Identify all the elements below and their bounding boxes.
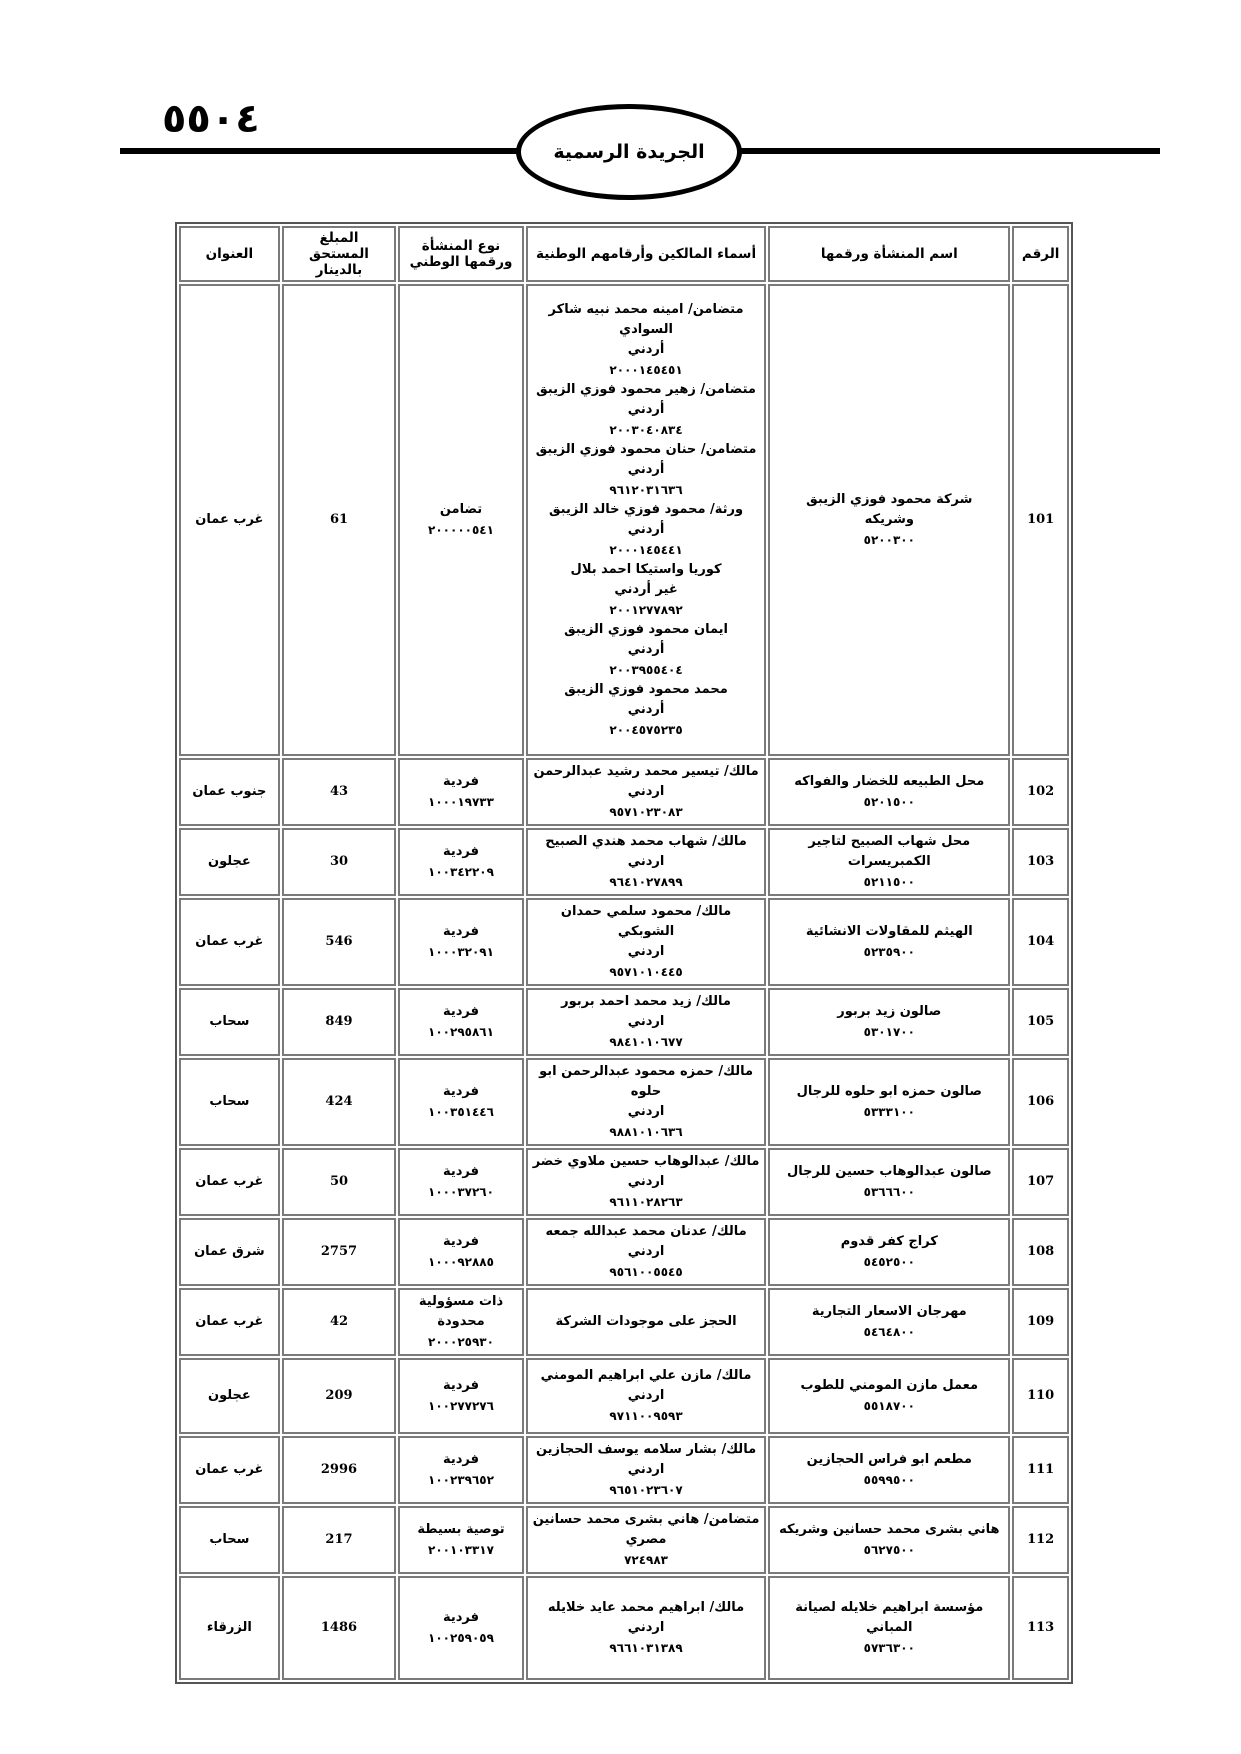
type-cell-line: فردية: [404, 1376, 518, 1396]
establishment-cell-line: ٥٤٦٤٨٠٠: [774, 1322, 1004, 1342]
type-cell-line: فردية: [404, 842, 518, 862]
column-header-type-line2: ورقمها الوطني: [404, 254, 518, 270]
type-cell-line: فردية: [404, 1082, 518, 1102]
table-row: 101شركة محمود فوزي الزيبقوشريكه٥٢٠٠٣٠٠مت…: [179, 284, 1069, 756]
owners-cell: مالك/ مازن علي ابراهيم المومنياردني٩٧١١٠…: [526, 1358, 767, 1434]
establishment-cell: مؤسسة ابراهيم خلايله لصيانةالمباني٥٧٣٦٣٠…: [768, 1576, 1010, 1680]
owners-cell-line: ٩٦١١٠٢٨٢٦٣: [532, 1192, 761, 1212]
owners-cell-line: مالك/ مازن علي ابراهيم المومني: [532, 1366, 761, 1386]
establishment-cell: مهرجان الاسعار التجارية٥٤٦٤٨٠٠: [768, 1288, 1010, 1356]
establishment-cell: مطعم ابو فراس الحجازين٥٥٩٩٥٠٠: [768, 1436, 1010, 1504]
amount-cell: 43: [282, 758, 396, 826]
establishment-cell-line: ٥٥١٨٧٠٠: [774, 1396, 1004, 1416]
column-header-number: الرقم: [1012, 226, 1069, 282]
owners-cell: مالك/ تيسير محمد رشيد عبدالرحمناردني٩٥٧١…: [526, 758, 767, 826]
establishment-cell-line: هاني بشرى محمد حسانين وشريكه: [774, 1520, 1004, 1540]
owners-cell: مالك/ بشار سلامه يوسف الحجازيناردني٩٦٥١٠…: [526, 1436, 767, 1504]
owners-cell-line: ٩٥٧١٠٢٣٠٨٣: [532, 802, 761, 822]
establishments-table: الرقم اسم المنشأة ورقمها أسماء المالكين …: [175, 222, 1073, 1684]
row-number: 107: [1012, 1148, 1069, 1216]
type-cell: ذات مسؤوليةمحدودة٢٠٠٠٢٥٩٣٠: [398, 1288, 524, 1356]
establishment-cell: هاني بشرى محمد حسانين وشريكه٥٦٢٧٥٠٠: [768, 1506, 1010, 1574]
establishment-cell-line: ٥٥٩٩٥٠٠: [774, 1470, 1004, 1490]
amount-cell: 2996: [282, 1436, 396, 1504]
owners-cell: مالك/ زيد محمد احمد بربوراردني٩٨٤١٠١٠٦٧٧: [526, 988, 767, 1056]
amount-cell: 849: [282, 988, 396, 1056]
address-cell: غرب عمان: [179, 1436, 280, 1504]
table-header-row: الرقم اسم المنشأة ورقمها أسماء المالكين …: [179, 226, 1069, 282]
amount-cell: 217: [282, 1506, 396, 1574]
establishment-cell: كراج كفر قدوم٥٤٥٢٥٠٠: [768, 1218, 1010, 1286]
type-cell: فردية١٠٠٠٩٢٨٨٥: [398, 1218, 524, 1286]
type-cell-line: محدودة: [404, 1312, 518, 1332]
amount-cell: 1486: [282, 1576, 396, 1680]
amount-cell: 42: [282, 1288, 396, 1356]
table-row: 103محل شهاب الصبيح لتاجيرالكمبريسرات٥٢١١…: [179, 828, 1069, 896]
address-cell: الزرقاء: [179, 1576, 280, 1680]
address-cell: سحاب: [179, 1506, 280, 1574]
type-cell-line: فردية: [404, 1002, 518, 1022]
establishment-cell: شركة محمود فوزي الزيبقوشريكه٥٢٠٠٣٠٠: [768, 284, 1010, 756]
establishment-cell-line: الكمبريسرات: [774, 852, 1004, 872]
row-number: 101: [1012, 284, 1069, 756]
owners-cell-line: ٢٠٠٠١٤٥٤٤١: [532, 540, 761, 560]
amount-cell: 209: [282, 1358, 396, 1434]
establishment-cell-line: مؤسسة ابراهيم خلايله لصيانة: [774, 1598, 1004, 1618]
owners-cell-line: ٢٠٠٠١٤٥٤٥١: [532, 360, 761, 380]
owners-cell-line: ٩٥٧١٠١٠٤٤٥: [532, 962, 761, 982]
owners-cell-line: أردني: [532, 520, 761, 540]
type-cell-line: تضامن: [404, 500, 518, 520]
row-number: 106: [1012, 1058, 1069, 1146]
owners-cell-line: غير أردني: [532, 580, 761, 600]
type-cell-line: ذات مسؤولية: [404, 1292, 518, 1312]
amount-cell: 2757: [282, 1218, 396, 1286]
owners-cell-line: متضامن/ امينه محمد نبيه شاكر السوادي: [532, 300, 761, 340]
owners-cell-line: مالك/ شهاب محمد هندي الصبيح: [532, 832, 761, 852]
owners-cell-line: اردني: [532, 942, 761, 962]
type-cell-line: فردية: [404, 922, 518, 942]
owners-cell-line: أردني: [532, 460, 761, 480]
owners-cell-line: ٢٠٠٣٩٥٥٤٠٤: [532, 660, 761, 680]
table-row: 113مؤسسة ابراهيم خلايله لصيانةالمباني٥٧٣…: [179, 1576, 1069, 1680]
establishment-cell-line: ٥٦٢٧٥٠٠: [774, 1540, 1004, 1560]
owners-cell-line: أردني: [532, 340, 761, 360]
table-row: 109مهرجان الاسعار التجارية٥٤٦٤٨٠٠الحجز ع…: [179, 1288, 1069, 1356]
type-cell-line: ٢٠٠١٠٣٣١٧: [404, 1540, 518, 1560]
owners-cell-line: ٩٦٤١٠٢٧٨٩٩: [532, 872, 761, 892]
type-cell: فردية١٠٠٠٣٢٠٩١: [398, 898, 524, 986]
type-cell-line: ٢٠٠٠٢٥٩٣٠: [404, 1332, 518, 1352]
type-cell-line: ١٠٠٠٣٧٢٦٠: [404, 1182, 518, 1202]
establishment-cell-line: كراج كفر قدوم: [774, 1232, 1004, 1252]
row-number: 104: [1012, 898, 1069, 986]
type-cell: تضامن٢٠٠٠٠٠٥٤١: [398, 284, 524, 756]
establishment-cell: محل شهاب الصبيح لتاجيرالكمبريسرات٥٢١١٥٠٠: [768, 828, 1010, 896]
table-row: 111مطعم ابو فراس الحجازين٥٥٩٩٥٠٠مالك/ بش…: [179, 1436, 1069, 1504]
establishment-cell: الهيثم للمقاولات الانشائية٥٢٣٥٩٠٠: [768, 898, 1010, 986]
establishment-cell-line: مطعم ابو فراس الحجازين: [774, 1450, 1004, 1470]
establishment-cell-line: الهيثم للمقاولات الانشائية: [774, 922, 1004, 942]
owners-cell-line: ٩٦٦١٠٣١٣٨٩: [532, 1638, 761, 1658]
owners-cell-line: أردني: [532, 700, 761, 720]
owners-cell: الحجز على موجودات الشركة: [526, 1288, 767, 1356]
establishment-cell-line: وشريكه: [774, 510, 1004, 530]
owners-cell-line: ٢٠٠٣٠٤٠٨٣٤: [532, 420, 761, 440]
owners-cell: مالك/ عبدالوهاب حسين ملاوي خضراردني٩٦١١٠…: [526, 1148, 767, 1216]
table-body: 101شركة محمود فوزي الزيبقوشريكه٥٢٠٠٣٠٠مت…: [179, 284, 1069, 1680]
establishment-cell-line: ٥٣٦٦٦٠٠: [774, 1182, 1004, 1202]
owners-cell: مالك/ حمزه محمود عبدالرحمن ابو حلوهاردني…: [526, 1058, 767, 1146]
establishment-cell-line: ٥٧٣٦٣٠٠: [774, 1638, 1004, 1658]
owners-cell-line: ٢٠٠١٢٧٧٨٩٢: [532, 600, 761, 620]
establishment-cell: صالون حمزه ابو حلوه للرجال٥٣٣٣١٠٠: [768, 1058, 1010, 1146]
column-header-owners: أسماء المالكين وأرقامهم الوطنية: [526, 226, 767, 282]
owners-cell-line: متضامن/ حنان محمود فوزي الزيبق: [532, 440, 761, 460]
column-header-type-line1: نوع المنشأة: [404, 238, 518, 254]
owners-cell-line: اردني: [532, 1242, 761, 1262]
type-cell: فردية١٠٠٢٧٧٢٧٦: [398, 1358, 524, 1434]
establishment-cell-line: ٥٢٣٥٩٠٠: [774, 942, 1004, 962]
establishment-cell-line: صالون زيد بربور: [774, 1002, 1004, 1022]
owners-cell-line: الحجز على موجودات الشركة: [532, 1312, 761, 1332]
row-number: 111: [1012, 1436, 1069, 1504]
establishment-cell-line: ٥٢٠٠٣٠٠: [774, 530, 1004, 550]
column-header-address: العنوان: [179, 226, 280, 282]
address-cell: غرب عمان: [179, 1288, 280, 1356]
owners-cell-line: مالك/ بشار سلامه يوسف الحجازين: [532, 1440, 761, 1460]
column-header-amount-line1: المبلغ المستحق: [288, 230, 390, 262]
row-number: 109: [1012, 1288, 1069, 1356]
amount-cell: 50: [282, 1148, 396, 1216]
type-cell: فردية١٠٠٣٥١٤٤٦: [398, 1058, 524, 1146]
table-row: 106صالون حمزه ابو حلوه للرجال٥٣٣٣١٠٠مالك…: [179, 1058, 1069, 1146]
establishment-cell-line: صالون عبدالوهاب حسين للرجال: [774, 1162, 1004, 1182]
owners-cell-line: ٩٦٥١٠٢٣٦٠٧: [532, 1480, 761, 1500]
owners-cell-line: ايمان محمود فوزي الزيبق: [532, 620, 761, 640]
owners-cell-line: مصري: [532, 1530, 761, 1550]
row-number: 103: [1012, 828, 1069, 896]
amount-cell: 61: [282, 284, 396, 756]
establishment-cell-line: محل شهاب الصبيح لتاجير: [774, 832, 1004, 852]
address-cell: سحاب: [179, 1058, 280, 1146]
establishment-cell-line: محل الطبيعه للخضار والفواكه: [774, 772, 1004, 792]
establishment-cell-line: ٥٣٣٣١٠٠: [774, 1102, 1004, 1122]
establishment-cell: محل الطبيعه للخضار والفواكه٥٢٠١٥٠٠: [768, 758, 1010, 826]
owners-cell-line: مالك/ عدنان محمد عبدالله جمعه: [532, 1222, 761, 1242]
column-header-type: نوع المنشأة ورقمها الوطني: [398, 226, 524, 282]
type-cell-line: ١٠٠٠١٩٧٣٣: [404, 792, 518, 812]
owners-cell-line: اردني: [532, 1172, 761, 1192]
owners-cell-line: ورثة/ محمود فوزي خالد الزيبق: [532, 500, 761, 520]
address-cell: عجلون: [179, 828, 280, 896]
page-number: ٥٥٠٤: [162, 96, 260, 142]
owners-cell: متضامن/ امينه محمد نبيه شاكر السواديأردن…: [526, 284, 767, 756]
gazette-title-oval: الجريدة الرسمية: [516, 104, 742, 200]
owners-cell-line: اردني: [532, 1618, 761, 1638]
table-row: 112هاني بشرى محمد حسانين وشريكه٥٦٢٧٥٠٠مت…: [179, 1506, 1069, 1574]
owners-cell-line: ٩٦١٢٠٣١٦٣٦: [532, 480, 761, 500]
type-cell-line: فردية: [404, 1232, 518, 1252]
owners-cell-line: مالك/ حمزه محمود عبدالرحمن ابو حلوه: [532, 1062, 761, 1102]
owners-cell-line: اردني: [532, 782, 761, 802]
type-cell-line: ١٠٠٢٣٩٦٥٢: [404, 1470, 518, 1490]
address-cell: عجلون: [179, 1358, 280, 1434]
establishment-cell-line: ٥٣٠١٧٠٠: [774, 1022, 1004, 1042]
owners-cell-line: محمد محمود فوزي الزيبق: [532, 680, 761, 700]
row-number: 112: [1012, 1506, 1069, 1574]
owners-cell-line: ٩٨٤١٠١٠٦٧٧: [532, 1032, 761, 1052]
type-cell-line: ١٠٠٣٤٢٢٠٩: [404, 862, 518, 882]
owners-cell: مالك/ ابراهيم محمد عايد خلايلهاردني٩٦٦١٠…: [526, 1576, 767, 1680]
owners-cell-line: اردني: [532, 1386, 761, 1406]
establishment-cell: صالون زيد بربور٥٣٠١٧٠٠: [768, 988, 1010, 1056]
column-header-amount-line2: بالدينار: [288, 262, 390, 278]
type-cell: فردية١٠٠٠٣٧٢٦٠: [398, 1148, 524, 1216]
owners-cell-line: أردني: [532, 400, 761, 420]
owners-cell-line: اردني: [532, 1012, 761, 1032]
column-header-establishment: اسم المنشأة ورقمها: [768, 226, 1010, 282]
owners-cell-line: متضامن/ هاني بشرى محمد حسانين: [532, 1510, 761, 1530]
row-number: 105: [1012, 988, 1069, 1056]
establishment-cell-line: مهرجان الاسعار التجارية: [774, 1302, 1004, 1322]
table-row: 107صالون عبدالوهاب حسين للرجال٥٣٦٦٦٠٠مال…: [179, 1148, 1069, 1216]
owners-cell-line: مالك/ عبدالوهاب حسين ملاوي خضر: [532, 1152, 761, 1172]
type-cell-line: فردية: [404, 772, 518, 792]
type-cell: فردية١٠٠٢٥٩٠٥٩: [398, 1576, 524, 1680]
type-cell-line: ١٠٠٢٥٩٠٥٩: [404, 1628, 518, 1648]
address-cell: غرب عمان: [179, 1148, 280, 1216]
table-row: 108كراج كفر قدوم٥٤٥٢٥٠٠مالك/ عدنان محمد …: [179, 1218, 1069, 1286]
row-number: 113: [1012, 1576, 1069, 1680]
owners-cell-line: متضامن/ زهير محمود فوزي الزيبق: [532, 380, 761, 400]
type-cell-line: ١٠٠٠٩٢٨٨٥: [404, 1252, 518, 1272]
row-number: 110: [1012, 1358, 1069, 1434]
address-cell: غرب عمان: [179, 284, 280, 756]
type-cell-line: فردية: [404, 1450, 518, 1470]
establishment-cell-line: المباني: [774, 1618, 1004, 1638]
establishment-cell-line: معمل مازن المومني للطوب: [774, 1376, 1004, 1396]
establishment-cell-line: ٥٢١١٥٠٠: [774, 872, 1004, 892]
address-cell: سحاب: [179, 988, 280, 1056]
type-cell-line: ٢٠٠٠٠٠٥٤١: [404, 520, 518, 540]
owners-cell-line: ٧٢٤٩٨٣: [532, 1550, 761, 1570]
owners-cell-line: ٩٨٨١٠١٠٦٣٦: [532, 1122, 761, 1142]
table-row: 110معمل مازن المومني للطوب٥٥١٨٧٠٠مالك/ م…: [179, 1358, 1069, 1434]
address-cell: جنوب عمان: [179, 758, 280, 826]
owners-cell: مالك/ محمود سلمي حمدان الشوبكياردني٩٥٧١٠…: [526, 898, 767, 986]
type-cell-line: ١٠٠٢٧٧٢٧٦: [404, 1396, 518, 1416]
type-cell: فردية١٠٠٢٣٩٦٥٢: [398, 1436, 524, 1504]
owners-cell-line: اردني: [532, 1102, 761, 1122]
type-cell-line: ١٠٠٠٣٢٠٩١: [404, 942, 518, 962]
owners-cell-line: اردني: [532, 852, 761, 872]
establishment-cell-line: ٥٢٠١٥٠٠: [774, 792, 1004, 812]
owners-cell: مالك/ شهاب محمد هندي الصبيحاردني٩٦٤١٠٢٧٨…: [526, 828, 767, 896]
row-number: 108: [1012, 1218, 1069, 1286]
establishment-cell-line: شركة محمود فوزي الزيبق: [774, 490, 1004, 510]
amount-cell: 546: [282, 898, 396, 986]
table-row: 105صالون زيد بربور٥٣٠١٧٠٠مالك/ زيد محمد …: [179, 988, 1069, 1056]
owners-cell-line: مالك/ تيسير محمد رشيد عبدالرحمن: [532, 762, 761, 782]
type-cell-line: فردية: [404, 1162, 518, 1182]
owners-cell-line: ٢٠٠٤٥٧٥٢٣٥: [532, 720, 761, 740]
owners-cell: متضامن/ هاني بشرى محمد حسانينمصري٧٢٤٩٨٣: [526, 1506, 767, 1574]
type-cell-line: ١٠٠٢٩٥٨٦١: [404, 1022, 518, 1042]
address-cell: غرب عمان: [179, 898, 280, 986]
owners-cell-line: ٩٥٦١٠٠٥٥٤٥: [532, 1262, 761, 1282]
type-cell-line: فردية: [404, 1608, 518, 1628]
type-cell: فردية١٠٠٣٤٢٢٠٩: [398, 828, 524, 896]
owners-cell-line: ٩٧١١٠٠٩٥٩٣: [532, 1406, 761, 1426]
amount-cell: 424: [282, 1058, 396, 1146]
establishment-cell-line: ٥٤٥٢٥٠٠: [774, 1252, 1004, 1272]
table-row: 104الهيثم للمقاولات الانشائية٥٢٣٥٩٠٠مالك…: [179, 898, 1069, 986]
owners-cell-line: كوريا واستيكا احمد بلال: [532, 560, 761, 580]
amount-cell: 30: [282, 828, 396, 896]
owners-cell-line: مالك/ محمود سلمي حمدان الشوبكي: [532, 902, 761, 942]
type-cell-line: ١٠٠٣٥١٤٤٦: [404, 1102, 518, 1122]
type-cell: فردية١٠٠٠١٩٧٣٣: [398, 758, 524, 826]
gazette-title: الجريدة الرسمية: [553, 141, 704, 163]
owners-cell-line: أردني: [532, 640, 761, 660]
column-header-amount: المبلغ المستحق بالدينار: [282, 226, 396, 282]
type-cell: توصية بسيطة٢٠٠١٠٣٣١٧: [398, 1506, 524, 1574]
owners-cell-line: مالك/ ابراهيم محمد عايد خلايله: [532, 1598, 761, 1618]
address-cell: شرق عمان: [179, 1218, 280, 1286]
establishment-cell: معمل مازن المومني للطوب٥٥١٨٧٠٠: [768, 1358, 1010, 1434]
owners-cell-line: مالك/ زيد محمد احمد بربور: [532, 992, 761, 1012]
owners-cell-line: اردني: [532, 1460, 761, 1480]
establishment-cell: صالون عبدالوهاب حسين للرجال٥٣٦٦٦٠٠: [768, 1148, 1010, 1216]
table-row: 102محل الطبيعه للخضار والفواكه٥٢٠١٥٠٠مال…: [179, 758, 1069, 826]
establishment-cell-line: صالون حمزه ابو حلوه للرجال: [774, 1082, 1004, 1102]
owners-cell: مالك/ عدنان محمد عبدالله جمعهاردني٩٥٦١٠٠…: [526, 1218, 767, 1286]
type-cell: فردية١٠٠٢٩٥٨٦١: [398, 988, 524, 1056]
row-number: 102: [1012, 758, 1069, 826]
type-cell-line: توصية بسيطة: [404, 1520, 518, 1540]
